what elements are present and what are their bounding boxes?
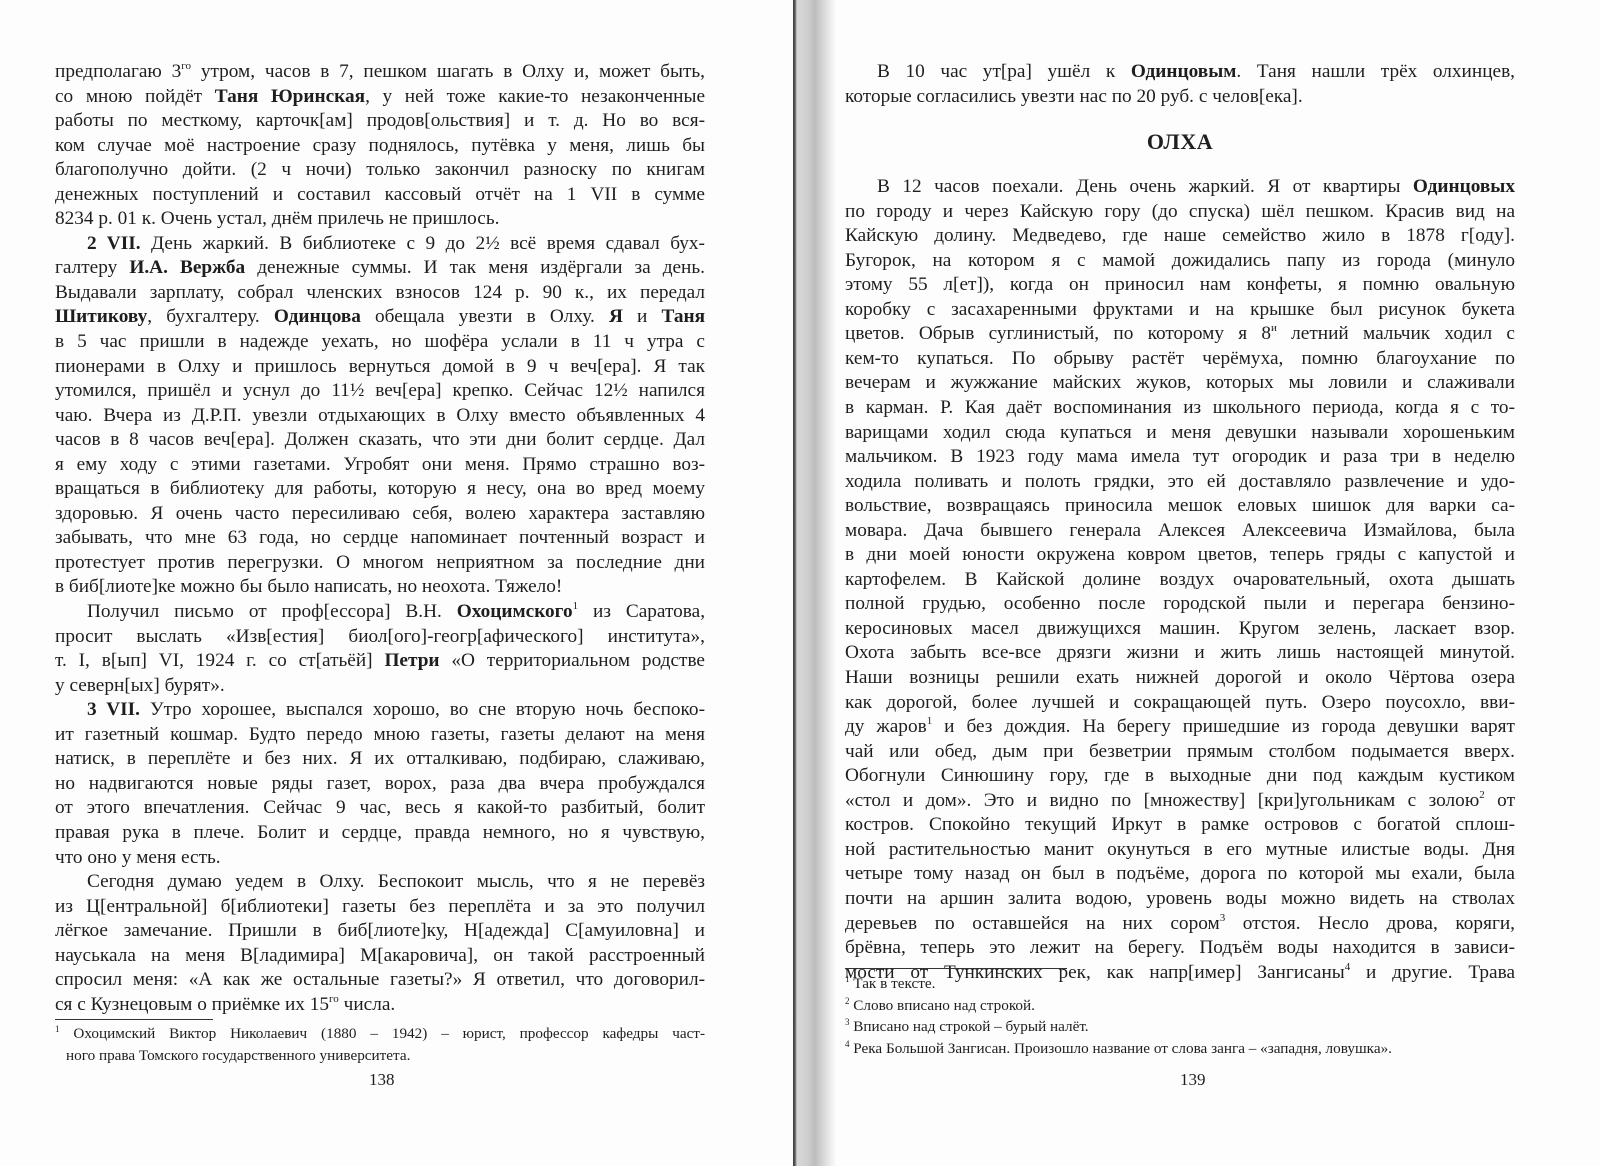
text-run: числа. (339, 994, 395, 1015)
text-run: Кайскую долину. Медведево, где наше семе… (845, 225, 1515, 246)
text-line: чаю. Вчера из Д.Р.П. увезли отдыхающих в… (55, 404, 705, 429)
text-run: коробку с засахаренными фруктами и на кр… (845, 299, 1515, 320)
text-run: «стол и дом». Это и видно по [множеству]… (845, 790, 1479, 811)
text-line: вольствие, возвращаясь приносила мешок е… (845, 494, 1515, 519)
text-line: почти на аршин залита водою, уровень вод… (845, 887, 1515, 912)
bold-name: Таня Юринская (215, 86, 365, 107)
text-line: протестует против перегрузки. О многом н… (55, 551, 705, 576)
text-run: работы по месткому, карточк[ам] продов[о… (55, 110, 705, 131)
text-line: из Ц[ентральной] б[иблиотеки] газеты без… (55, 895, 705, 920)
text-run: 8234 р. 01 к. Очень устал, днём прилечь … (55, 208, 499, 229)
text-line: галтеру И.А. Вержба денежные суммы. И та… (55, 256, 705, 281)
page-number-right: 139 (1180, 1070, 1206, 1090)
text-line: Обогнули Синюшину гору, где в выходные д… (845, 764, 1515, 789)
text-run: благополучно дойти. (2 ч ночи) только за… (55, 159, 705, 180)
text-run: лёгкое замечание. Пришли в биб[лиоте]ку,… (55, 920, 705, 941)
text-run: из Ц[ентральной] б[иблиотеки] газеты без… (55, 896, 705, 917)
text-run: т. I, в[ып] VI, 1924 г. со ст[атьёй] (55, 650, 384, 671)
text-run: летний мальчик ходил с (1277, 323, 1515, 344)
text-line: спросил меня: «А как же остальные газеты… (55, 968, 705, 993)
text-run: в дни моей юности окружена ковром цветов… (845, 544, 1515, 565)
text-line: со мною пойдёт Таня Юринская, у ней тоже… (55, 85, 705, 110)
text-line: этому 55 л[ет]), когда он приносил нам к… (845, 273, 1515, 298)
bold-name: Петри (384, 650, 439, 671)
text-run: здоровью. Я очень часто пересиливаю себя… (55, 503, 705, 524)
footnote-number: 1 (845, 974, 850, 984)
text-run: от (1485, 790, 1515, 811)
text-line: денежных поступлений и составил кассовый… (55, 183, 705, 208)
text-line: но надвигаются новые ряды газет, ворох, … (55, 772, 705, 797)
bold-name: И.А. Вержба (129, 257, 245, 278)
text-line: пионерами в Олху и пришлось вернуться до… (55, 355, 705, 380)
text-line: керосиновых масел движущихся машин. Круг… (845, 617, 1515, 642)
text-run: кем-то купаться. По обрыву растёт черёму… (845, 348, 1515, 369)
text-line: благополучно дойти. (2 ч ночи) только за… (55, 158, 705, 183)
text-run: Охота забыть все-все дрязги жизни и жить… (845, 642, 1515, 663)
text-run: варищами ходил сюда купаться и меня деву… (845, 422, 1515, 443)
text-line: вечерам и жужжание майских жуков, которы… (845, 371, 1515, 396)
text-run: просит выслать «Изв[естия] биол[ого]-гео… (55, 626, 705, 647)
text-line: Сегодня думаю уедем в Олху. Беспокоит мы… (55, 870, 705, 895)
text-line: забывать, что мне 63 года, но сердце нап… (55, 526, 705, 551)
text-run: чаю. Вчера из Д.Р.П. увезли отдыхающих в… (55, 405, 705, 426)
text-run: Наши возницы решили ехать нижней дорогой… (845, 667, 1515, 688)
text-line: ит газетный кошмар. Будто передо мною га… (55, 723, 705, 748)
text-line: науськала на меня В[ладимира] М[акарович… (55, 944, 705, 969)
text-run: протестует против перегрузки. О многом н… (55, 552, 705, 573)
footnote-number: 1 (55, 1024, 60, 1034)
text-run: спросил меня: «А как же остальные газеты… (55, 969, 705, 990)
text-run: галтеру (55, 257, 129, 278)
text-run: . Таня нашли трёх олхинцев, (1236, 61, 1515, 82)
text-line: утомился, пришёл и уснул до 11½ веч[ера]… (55, 379, 705, 404)
text-line: в карман. Р. Кая даёт воспоминания из шк… (845, 396, 1515, 421)
text-line: кем-то купаться. По обрыву растёт черёму… (845, 347, 1515, 372)
text-line: коробку с засахаренными фруктами и на кр… (845, 298, 1515, 323)
text-line: деревьев по оставшейся на них сором3 отс… (845, 912, 1515, 937)
text-run: предполагаю 3 (55, 61, 181, 82)
text-line: картофелем. В Кайской долине воздух очар… (845, 568, 1515, 593)
text-line: В 12 часов поехали. День очень жаркий. Я… (845, 175, 1515, 200)
text-run: денежные суммы. И так меня издёргали за … (245, 257, 705, 278)
text-line: Шитикову, бухгалтеру. Одинцова обещала у… (55, 305, 705, 330)
text-run: Утро хорошее, выспался хорошо, во сне вт… (140, 699, 705, 720)
footnote-text: Охоцимский Виктор Николаевич (1880 – 194… (73, 1025, 705, 1042)
text-run: ся с Кузнецовым о приёмке их 15 (55, 994, 329, 1015)
text-run: и без дождия. На берегу пришедшие из гор… (932, 716, 1515, 737)
text-line: Кайскую долину. Медведево, где наше семе… (845, 224, 1515, 249)
text-run: пионерами в Олху и пришлось вернуться до… (55, 356, 705, 377)
section-heading: ОЛХА (845, 109, 1515, 175)
text-run: от этого впечатления. Сейчас 9 час, весь… (55, 797, 705, 818)
footnote-text: Так в тексте. (853, 975, 935, 992)
text-run: отстоя. Несло дрова, коряги, (1225, 913, 1515, 934)
text-run: что оно у меня есть. (55, 847, 221, 868)
text-run: науськала на меня В[ладимира] М[акарович… (55, 945, 705, 966)
superscript: го (181, 60, 191, 72)
bold-name: Охоцимского (457, 601, 573, 622)
footnote-text: Вписано над строкой – бурый налёт. (853, 1018, 1088, 1035)
text-line: 2 VII. День жаркий. В библиотеке с 9 до … (55, 232, 705, 257)
text-line: просит выслать «Изв[естия] биол[ого]-гео… (55, 625, 705, 650)
text-run: В 10 час ут[ра] ушёл к (877, 61, 1131, 82)
text-run: картофелем. В Кайской долине воздух очар… (845, 569, 1515, 590)
footnote-line: 2 Слово вписано над строкой. (845, 995, 1525, 1017)
text-run: День жаркий. В библиотеке с 9 до 2½ всё … (141, 233, 705, 254)
text-line: чай или обед, дым при безветрии прямым с… (845, 740, 1515, 765)
text-run: денежных поступлений и составил кассовый… (55, 184, 705, 205)
text-run: четыре тому назад он был в подъёме, доро… (845, 863, 1515, 884)
text-run: ду жаров (845, 716, 927, 737)
text-run: почти на аршин залита водою, уровень вод… (845, 888, 1515, 909)
text-line: ду жаров1 и без дождия. На берегу пришед… (845, 715, 1515, 740)
text-line: в 5 час пришли в надежде уехать, но шофё… (55, 330, 705, 355)
text-run: у северн[ых] бурят». (55, 675, 225, 696)
text-run: я ему ходу с этими газетами. Угробят они… (55, 454, 705, 475)
text-run: утром, часов в 7, пешком шагать в Олху и… (191, 61, 705, 82)
text-run: чай или обед, дым при безветрии прямым с… (845, 741, 1515, 762)
text-run: по городу и через Кайскую гору (до спуск… (845, 201, 1515, 222)
right-page-body: В 10 час ут[ра] ушёл к Одинцовым. Таня н… (845, 60, 1515, 985)
footnote-text: Слово вписано над строкой. (853, 997, 1035, 1014)
text-line: здоровью. Я очень часто пересиливаю себя… (55, 502, 705, 527)
right-footnote-rule (845, 968, 1067, 969)
text-line: часов в 8 часов веч[ера]. Должен сказать… (55, 428, 705, 453)
text-run: забывать, что мне 63 года, но сердце нап… (55, 527, 705, 548)
footnote-line: 1 Так в тексте. (845, 973, 1525, 995)
bold-name: Я (609, 306, 623, 327)
text-line: четыре тому назад он был в подъёме, доро… (845, 862, 1515, 887)
text-line: «стол и дом». Это и видно по [множеству]… (845, 789, 1515, 814)
text-run: обещала увезти в Олху. (361, 306, 609, 327)
bold-name: 2 VII. (87, 233, 141, 254)
left-footnotes: 1 Охоцимский Виктор Николаевич (1880 – 1… (55, 1023, 705, 1066)
text-line: предполагаю 3го утром, часов в 7, пешком… (55, 60, 705, 85)
text-line: работы по месткому, карточк[ам] продов[о… (55, 109, 705, 134)
text-run: но надвигаются новые ряды газет, ворох, … (55, 773, 705, 794)
text-line: брёвна, теперь это лежит на берегу. Подъ… (845, 936, 1515, 961)
text-run: вольствие, возвращаясь приносила мешок е… (845, 495, 1515, 516)
text-line: Бугорок, на котором я с мамой дожидались… (845, 249, 1515, 274)
text-line: Охота забыть все-все дрязги жизни и жить… (845, 641, 1515, 666)
text-line: В 10 час ут[ра] ушёл к Одинцовым. Таня н… (845, 60, 1515, 85)
text-run: ит газетный кошмар. Будто передо мною га… (55, 724, 705, 745)
text-run: Получил письмо от проф[ессора] В.Н. (87, 601, 457, 622)
footnote-number: 2 (845, 996, 850, 1006)
page-number-left: 138 (369, 1070, 395, 1090)
text-line: мальчиком. В 1923 году мама имела тут ог… (845, 445, 1515, 470)
text-run: Сегодня думаю уедем в Олху. Беспокоит мы… (87, 871, 705, 892)
right-main-text: В 12 часов поехали. День очень жаркий. Я… (845, 175, 1515, 985)
text-line: Наши возницы решили ехать нижней дорогой… (845, 666, 1515, 691)
text-run: в биб[лиоте]ке можно бы было написать, н… (55, 576, 562, 597)
bold-name: Одинцовых (1413, 176, 1515, 197)
bold-name: Одинцова (274, 306, 361, 327)
text-line: полной грудью, особенно после городской … (845, 592, 1515, 617)
text-line: 3 VII. Утро хорошее, выспался хорошо, во… (55, 698, 705, 723)
superscript: го (329, 993, 339, 1005)
footnote-line: 4 Река Большой Зангисан. Произошло назва… (845, 1038, 1525, 1060)
text-run: деревьев по оставшейся на них сором (845, 913, 1220, 934)
footnote-number: 3 (845, 1017, 850, 1027)
text-run: «О территориальном родстве (440, 650, 705, 671)
left-footnote-rule (55, 1019, 213, 1020)
bold-name: 3 VII. (87, 699, 140, 720)
footnote-line: ного права Томского государственного уни… (55, 1045, 705, 1067)
text-run: этому 55 л[ет]), когда он приносил нам к… (845, 274, 1515, 295)
text-run: и (623, 306, 662, 327)
text-run: вечерам и жужжание майских жуков, которы… (845, 372, 1515, 393)
text-line: лёгкое замечание. Пришли в биб[лиоте]ку,… (55, 919, 705, 944)
left-page-body: предполагаю 3го утром, часов в 7, пешком… (55, 60, 705, 1017)
footnote-line: 3 Вписано над строкой – бурый налёт. (845, 1016, 1525, 1038)
text-line: костров. Спокойно текущий Иркут в рамке … (845, 813, 1515, 838)
text-line: в дни моей юности окружена ковром цветов… (845, 543, 1515, 568)
text-run: в карман. Р. Кая даёт воспоминания из шк… (845, 397, 1515, 418)
text-line: правая рука в плече. Болит и сердце, пра… (55, 821, 705, 846)
text-run: , у ней тоже какие-то незаконченные (365, 86, 705, 107)
right-intro-paragraph: В 10 час ут[ра] ушёл к Одинцовым. Таня н… (845, 60, 1515, 109)
text-line: Выдавали зарплату, собрал членских взнос… (55, 281, 705, 306)
text-line: как дорогой, более лучшей и сокращающей … (845, 691, 1515, 716)
book-gutter (793, 0, 837, 1166)
text-run: брёвна, теперь это лежит на берегу. Подъ… (845, 937, 1515, 958)
text-line: натиск, в переплёте и без них. Я их отта… (55, 747, 705, 772)
text-run: В 12 часов поехали. День очень жаркий. Я… (877, 176, 1413, 197)
text-line: в биб[лиоте]ке можно бы было написать, н… (55, 575, 705, 600)
bold-name: Таня (661, 306, 705, 327)
text-run: утомился, пришёл и уснул до 11½ веч[ера]… (55, 380, 705, 401)
text-line: т. I, в[ып] VI, 1924 г. со ст[атьёй] Пет… (55, 649, 705, 674)
text-run: ком случае моё настроение сразу поднялос… (55, 135, 705, 156)
text-run: со мною пойдёт (55, 86, 215, 107)
footnote-text: ного права Томского государственного уни… (66, 1047, 410, 1064)
text-run: полной грудью, особенно после городской … (845, 593, 1515, 614)
text-line: ной растительностью манит окунуться в ег… (845, 838, 1515, 863)
text-line: варищами ходил сюда купаться и меня деву… (845, 421, 1515, 446)
text-run: вращаться в библиотеку для работы, котор… (55, 478, 705, 499)
text-run: ной растительностью манит окунуться в ег… (845, 839, 1515, 860)
text-line: от этого впечатления. Сейчас 9 час, весь… (55, 796, 705, 821)
right-footnotes: 1 Так в тексте.2 Слово вписано над строк… (845, 973, 1525, 1059)
text-line: которые согласились увезти нас по 20 руб… (845, 85, 1515, 110)
bold-name: Одинцовым (1131, 61, 1237, 82)
text-run: Бугорок, на котором я с мамой дожидались… (845, 250, 1515, 271)
text-run: правая рука в плече. Болит и сердце, пра… (55, 822, 705, 843)
text-run: часов в 8 часов веч[ера]. Должен сказать… (55, 429, 705, 450)
text-line: ся с Кузнецовым о приёмке их 15го числа. (55, 993, 705, 1018)
text-run: Выдавали зарплату, собрал членских взнос… (55, 282, 705, 303)
text-run: в 5 час пришли в надежде уехать, но шофё… (55, 331, 705, 352)
text-line: у северн[ых] бурят». (55, 674, 705, 699)
text-line: Получил письмо от проф[ессора] В.Н. Охоц… (55, 600, 705, 625)
text-run: которые согласились увезти нас по 20 руб… (845, 86, 1303, 107)
footnote-number: 4 (845, 1039, 850, 1049)
text-line: что оно у меня есть. (55, 846, 705, 871)
text-line: я ему ходу с этими газетами. Угробят они… (55, 453, 705, 478)
text-line: вращаться в библиотеку для работы, котор… (55, 477, 705, 502)
text-line: ходила поливать и полоть грядки, это ей … (845, 470, 1515, 495)
text-run: , бухгалтеру. (147, 306, 274, 327)
footnote-text: Река Большой Зангисан. Произошло названи… (853, 1040, 1392, 1057)
text-run: костров. Спокойно текущий Иркут в рамке … (845, 814, 1515, 835)
text-run: как дорогой, более лучшей и сокращающей … (845, 692, 1515, 713)
text-line: 8234 р. 01 к. Очень устал, днём прилечь … (55, 207, 705, 232)
text-line: по городу и через Кайскую гору (до спуск… (845, 200, 1515, 225)
text-run: Обогнули Синюшину гору, где в выходные д… (845, 765, 1515, 786)
text-line: цветов. Обрыв суглинистый, по которому я… (845, 322, 1515, 347)
bold-name: Шитикову (55, 306, 147, 327)
text-line: ком случае моё настроение сразу поднялос… (55, 134, 705, 159)
text-run: мальчиком. В 1923 году мама имела тут ог… (845, 446, 1515, 467)
text-run: ходила поливать и полоть грядки, это ей … (845, 471, 1515, 492)
footnote-line: 1 Охоцимский Виктор Николаевич (1880 – 1… (55, 1023, 705, 1045)
text-run: из Саратова, (578, 601, 705, 622)
text-run: цветов. Обрыв суглинистый, по которому я… (845, 323, 1271, 344)
text-run: натиск, в переплёте и без них. Я их отта… (55, 748, 705, 769)
text-line: мовара. Дача бывшего генерала Алексея Ал… (845, 519, 1515, 544)
text-run: мовара. Дача бывшего генерала Алексея Ал… (845, 520, 1515, 541)
text-run: керосиновых масел движущихся машин. Круг… (845, 618, 1515, 639)
